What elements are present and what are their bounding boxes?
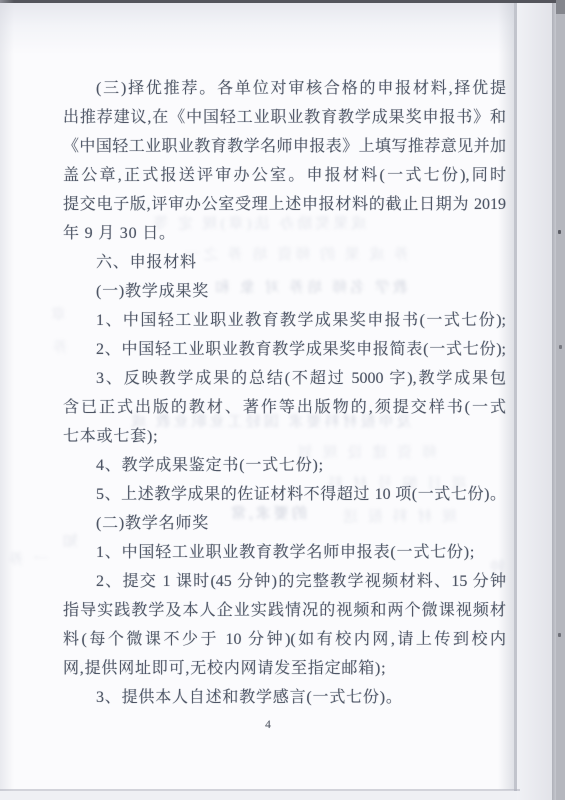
scan-top-shadow: [0, 3, 565, 55]
document-line: 《中国轻工业职业教育教学名师申报表》上填写推荐意见并加: [63, 132, 506, 161]
document-line: 料(每个微课不少于 10 分钟)(如有校内网,请上传到校内: [63, 625, 506, 654]
scanner-background: [556, 0, 565, 800]
document-line: (二)教学名师奖: [63, 509, 506, 538]
document-line: 六、申报材料: [63, 248, 506, 277]
page-number: 4: [256, 719, 280, 731]
scan-speck: [558, 230, 561, 234]
page-bottom-shadow: [0, 791, 517, 800]
scanner-background-top: [556, 0, 565, 14]
document-line: (三)择优推荐。各单位对审核合格的申报材料,择优提: [63, 74, 506, 103]
document-line: 4、教学成果鉴定书(一式七份);: [63, 451, 506, 480]
scan-speck: [558, 633, 561, 637]
document-body: (三)择优推荐。各单位对审核合格的申报材料,择优提出推荐建议,在《中国轻工业职业…: [63, 74, 506, 712]
document-line: 1、中国轻工业职业教育教学名师申报表(一式七份);: [63, 538, 506, 567]
document-line: 2、提交 1 课时(45 分钟)的完整教学视频材料、15 分钟: [63, 567, 506, 596]
document-line: 5、上述教学成果的佐证材料不得超过 10 项(一式七份)。: [63, 480, 506, 509]
under-page-edge: [517, 3, 552, 800]
document-line: 2、中国轻工业职业教育教学成果奖申报简表(一式七份);: [63, 335, 506, 364]
document-line: 指导实践教学及本人企业实践情况的视频和两个微课视频材: [63, 596, 506, 625]
scan-speck: [559, 345, 562, 349]
document-line: 网,提供网址即可,无校内网请发至指定邮箱);: [63, 654, 506, 683]
document-line: 盖公章,正式报送评审办公室。申报材料(一式七份),同时: [63, 161, 506, 190]
document-line: (一)教学成果奖: [63, 277, 506, 306]
document-line: 含已正式出版的教材、著作等出版物的,须提交样书(一式: [63, 393, 506, 422]
scan-left-shadow: [0, 0, 14, 800]
document-line: 出推荐建议,在《中国轻工业职业教育教学成果奖申报书》和: [63, 103, 506, 132]
document-line: 年 9 月 30 日。: [63, 219, 506, 248]
document-line: 3、反映教学成果的总结(不超过 5000 字),教学成果包: [63, 364, 506, 393]
document-line: 1、中国轻工业职业教育教学成果奖申报书(一式七份);: [63, 306, 506, 335]
document-line: 提交电子版,评审办公室受理上述申报材料的截止日期为 2019: [63, 190, 506, 219]
document-line: 3、提供本人自述和教学感言(一式七份)。: [63, 683, 506, 712]
document-line: 七本或七套);: [63, 422, 506, 451]
